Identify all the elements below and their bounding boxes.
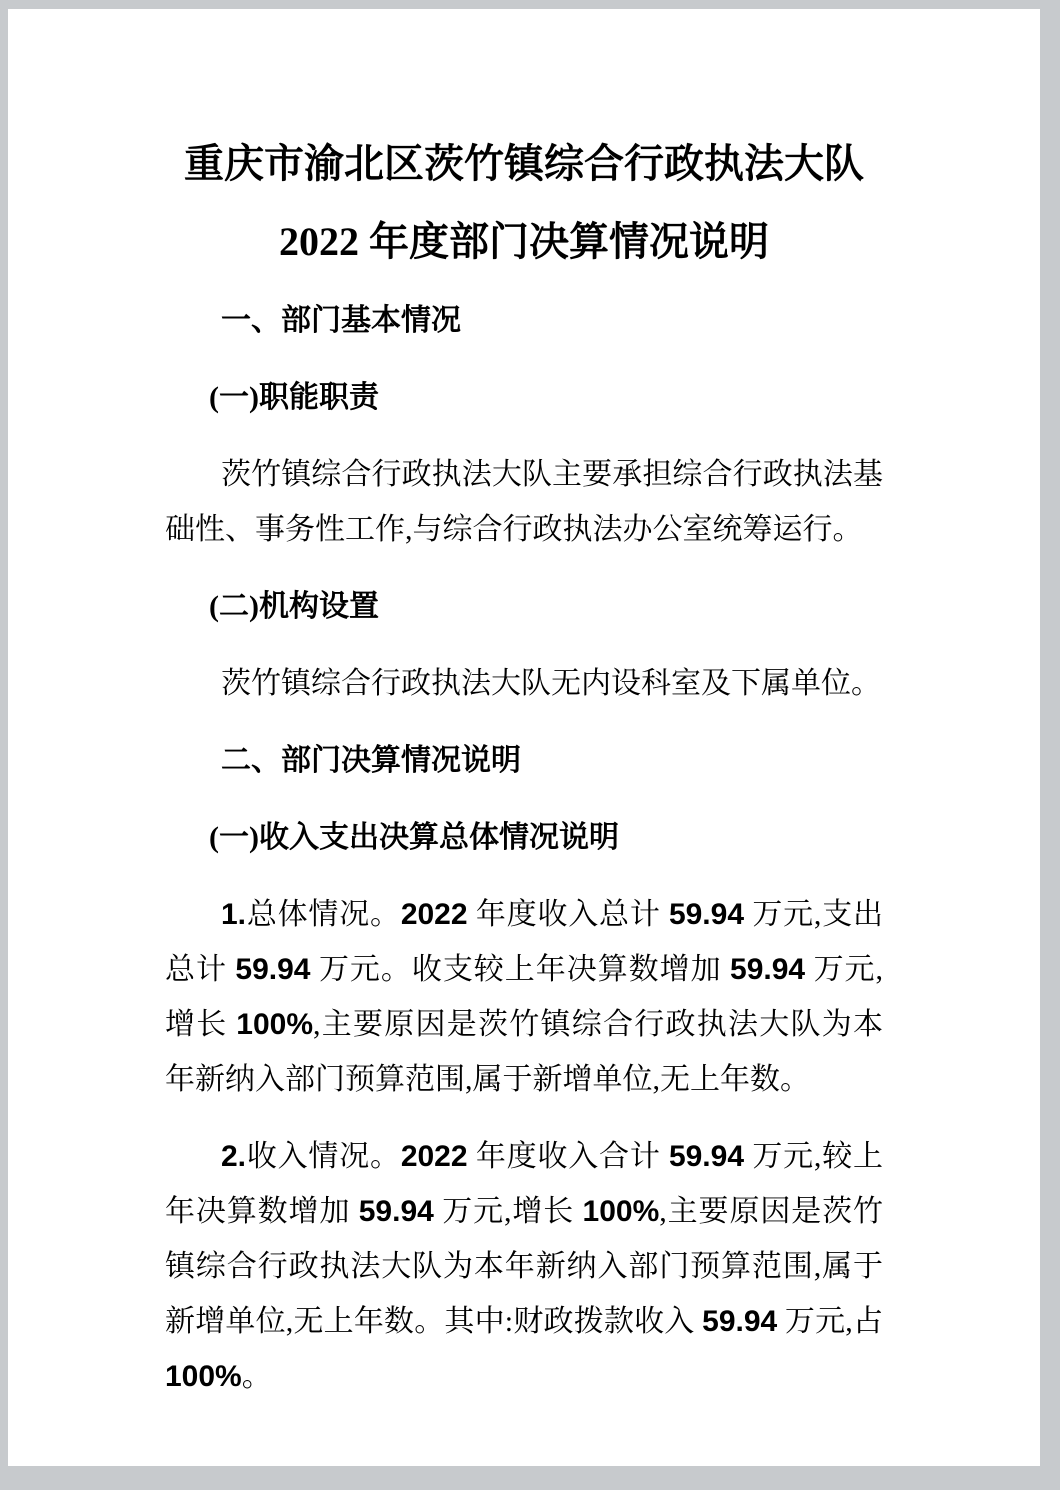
text-run: 2.: [221, 1140, 246, 1173]
text-run: 年度收入总计: [468, 898, 669, 931]
paragraph-duties: 茨竹镇综合行政执法大队主要承担综合行政执法基础性、事务性工作,与综合行政执法办公…: [165, 447, 883, 557]
paragraph-overall-situation: 1.总体情况。2022 年度收入总计 59.94 万元,支出总计 59.94 万…: [165, 887, 883, 1107]
text-run: 100%: [236, 1008, 313, 1041]
text-run: 万元。收支较上年决算数增加: [310, 953, 730, 986]
subsection-heading-overall-statement: (一)收入支出决算总体情况说明: [165, 810, 883, 865]
text-run: 茨竹镇综合行政执法大队无内设科室及下属单位。: [221, 667, 881, 700]
text-run: 59.94: [669, 1140, 744, 1173]
doc-title-line-2: 2022 年度部门决算情况说明: [165, 203, 883, 281]
text-run: 茨竹镇综合行政执法大队主要承担综合行政执法基础性、事务性工作,与综合行政执法办公…: [165, 458, 883, 546]
paragraph-income-situation: 2.收入情况。2022 年度收入合计 59.94 万元,较上年决算数增加 59.…: [165, 1129, 883, 1404]
paragraph-structure: 茨竹镇综合行政执法大队无内设科室及下属单位。: [165, 656, 883, 711]
text-run: 总体情况。: [246, 898, 401, 931]
text-run: 59.94: [669, 898, 744, 931]
text-run: 1.: [221, 898, 246, 931]
subsection-heading-structure: (二)机构设置: [165, 579, 883, 634]
text-run: 万元,增长: [434, 1195, 583, 1228]
document-body: 重庆市渝北区茨竹镇综合行政执法大队 2022 年度部门决算情况说明 一、部门基本…: [8, 9, 1040, 1404]
section-heading-final-accounts: 二、部门决算情况说明: [165, 733, 883, 788]
document-page: 重庆市渝北区茨竹镇综合行政执法大队 2022 年度部门决算情况说明 一、部门基本…: [8, 9, 1040, 1466]
subsection-heading-duties: (一)职能职责: [165, 370, 883, 425]
text-run: 万元,占: [777, 1305, 883, 1338]
text-run: 100%: [583, 1195, 660, 1228]
doc-title-line-1: 重庆市渝北区茨竹镇综合行政执法大队: [165, 125, 883, 203]
text-run: 2022: [401, 898, 468, 931]
section-heading-basic-info: 一、部门基本情况: [165, 293, 883, 348]
text-run: 年度收入合计: [468, 1140, 669, 1173]
text-run: 59.94: [702, 1305, 777, 1338]
doc-title: 重庆市渝北区茨竹镇综合行政执法大队 2022 年度部门决算情况说明: [165, 125, 883, 281]
text-run: 59.94: [235, 953, 310, 986]
text-run: 收入情况。: [246, 1140, 401, 1173]
text-run: 59.94: [359, 1195, 434, 1228]
text-run: 59.94: [730, 953, 805, 986]
text-run: 。: [242, 1360, 272, 1393]
text-run: 2022: [401, 1140, 468, 1173]
text-run: 100%: [165, 1360, 242, 1393]
